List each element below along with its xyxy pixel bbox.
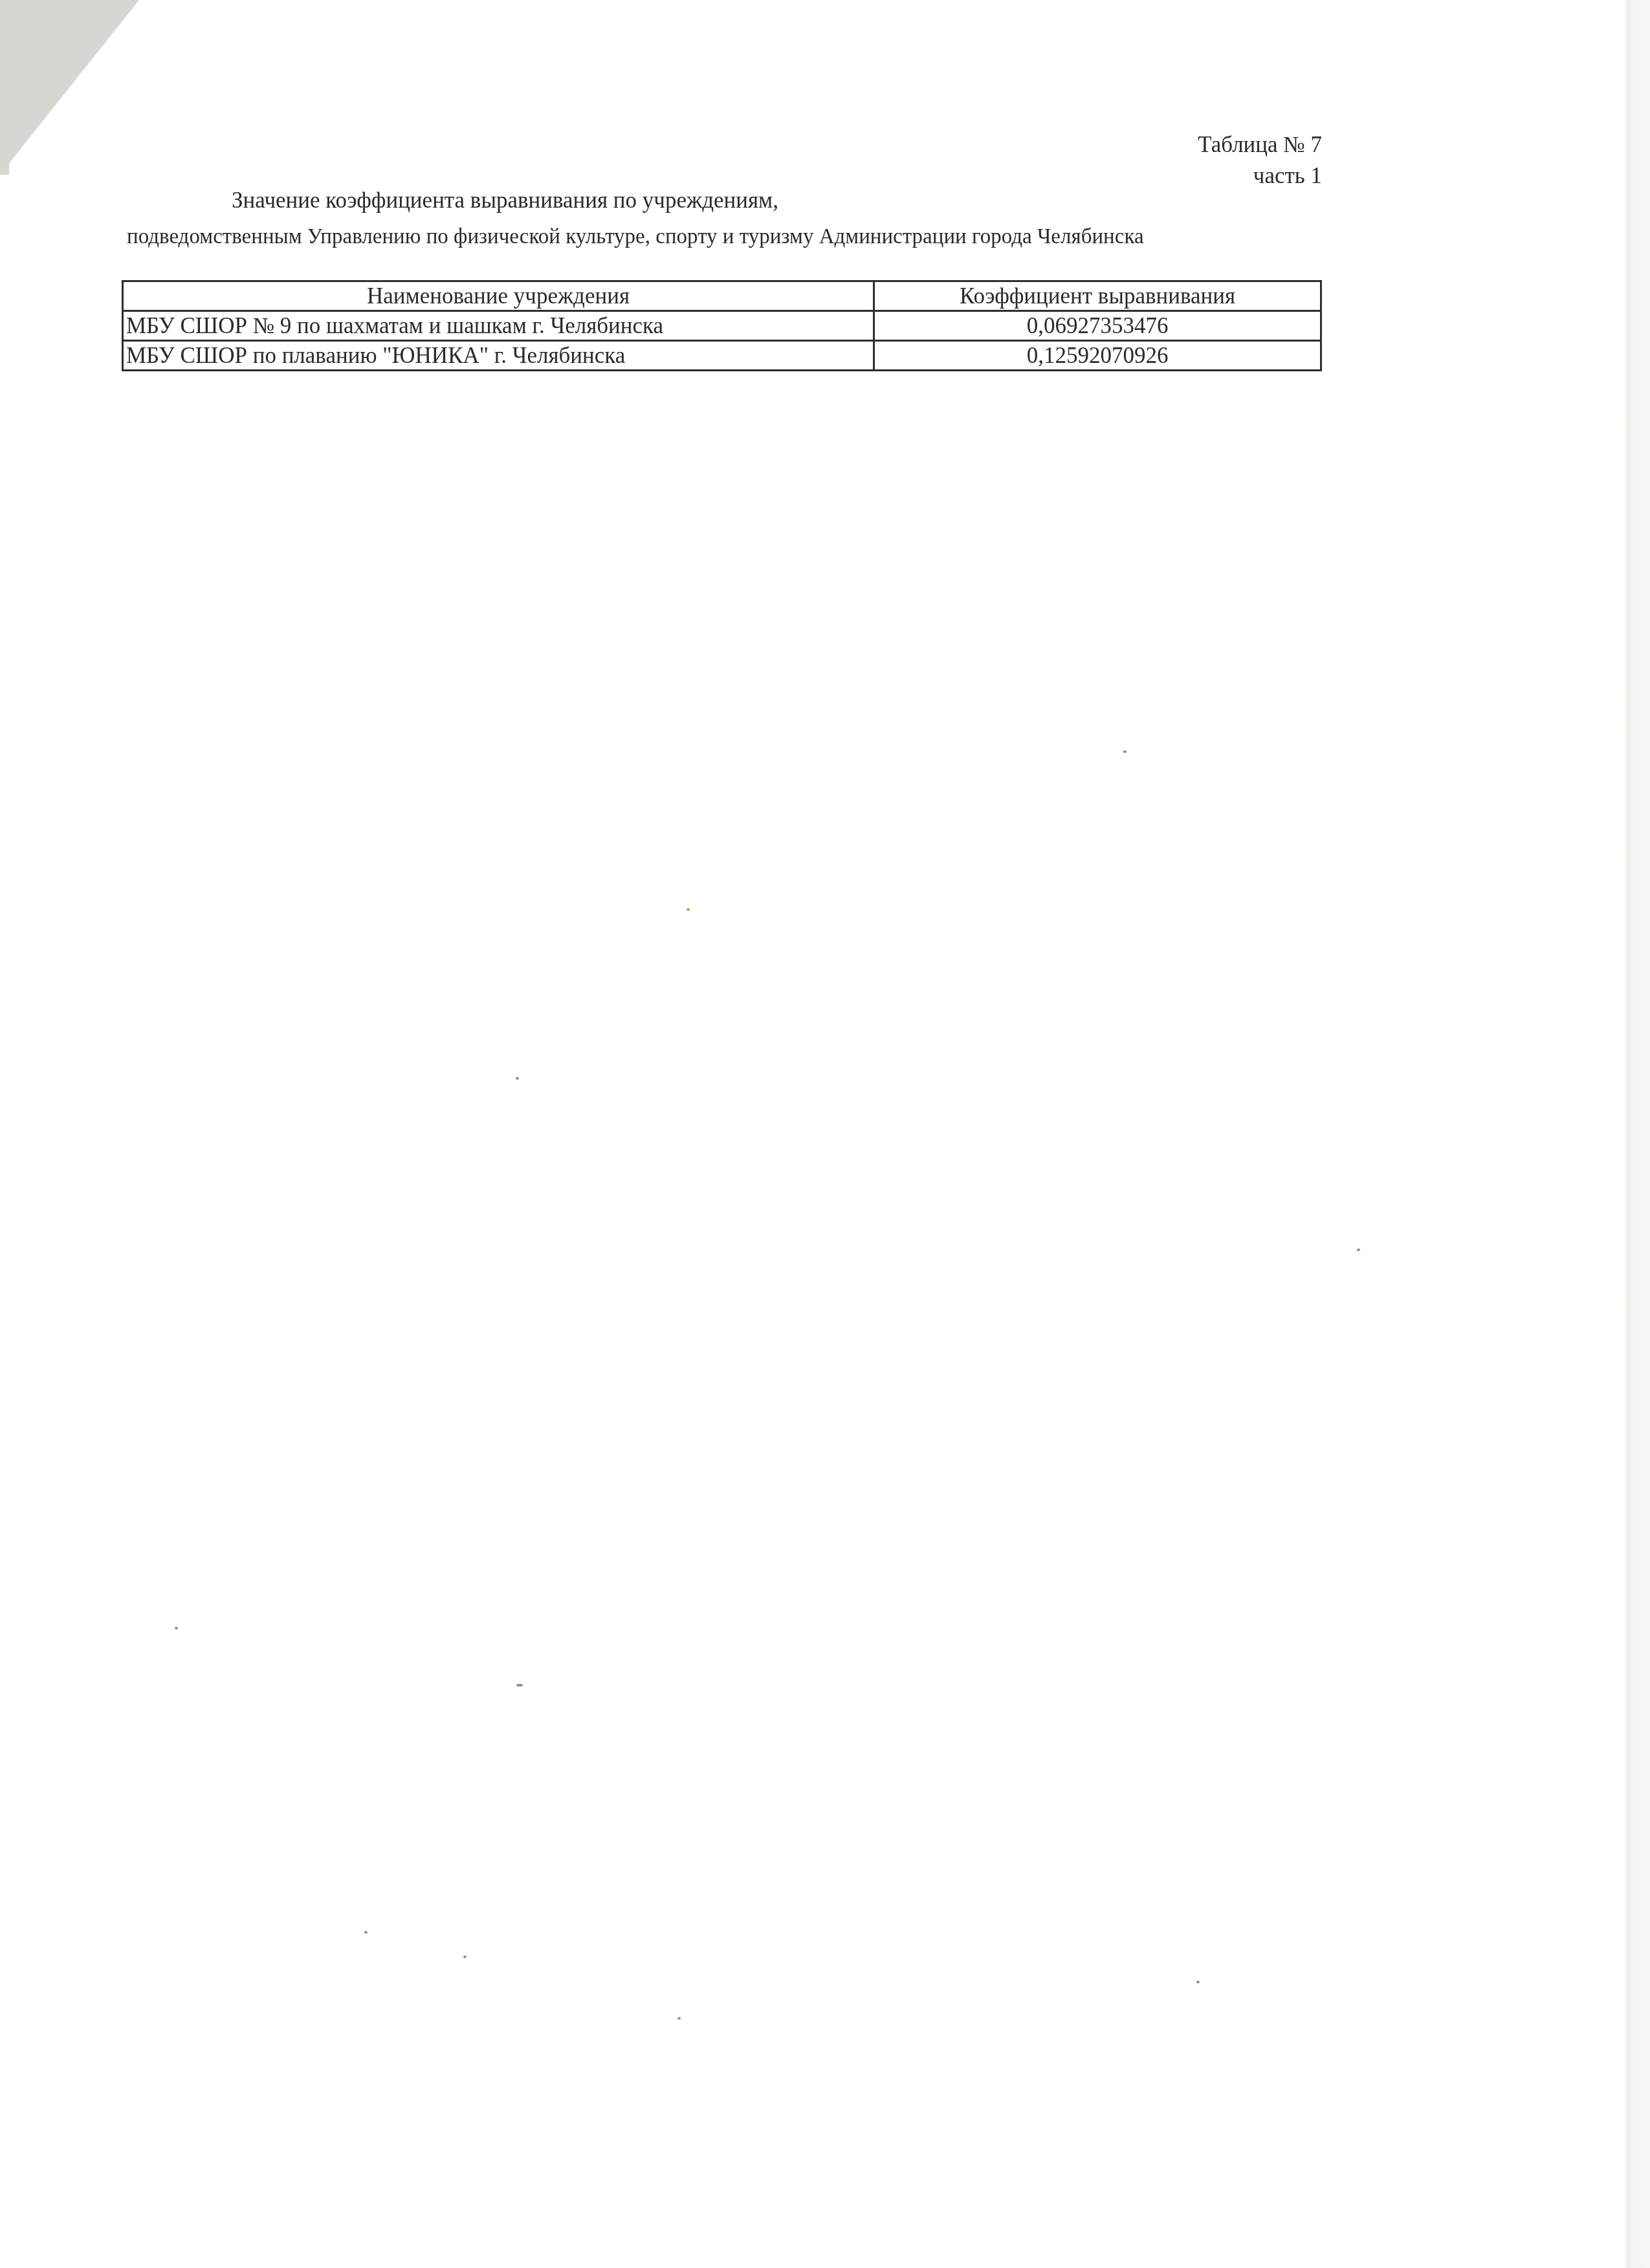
table-row: МБУ СШОР № 9 по шахматам и шашкам г. Чел… <box>123 311 1321 341</box>
table-number: Таблица № 7 <box>1198 129 1322 160</box>
document-subtitle: подведомственным Управлению по физическо… <box>127 223 1144 251</box>
scan-speck <box>677 2017 681 2020</box>
scan-speck <box>1357 1248 1360 1251</box>
table-row: МБУ СШОР по плаванию "ЮНИКА" г. Челябинс… <box>123 341 1321 371</box>
scan-right-edge <box>1624 0 1650 2268</box>
document-title: Значение коэффициента выравнивания по уч… <box>232 186 778 215</box>
coefficient-cell: 0,06927353476 <box>874 311 1321 341</box>
scan-speck <box>1196 1981 1200 1983</box>
table-header-row: Наименование учреждения Коэффициент выра… <box>123 281 1321 311</box>
scan-speck <box>516 1684 523 1686</box>
scan-speck <box>1123 750 1127 753</box>
scan-speck <box>175 1627 178 1630</box>
scan-speck <box>687 908 690 911</box>
column-header-institution: Наименование учреждения <box>123 281 874 311</box>
coefficient-table: Наименование учреждения Коэффициент выра… <box>122 280 1322 371</box>
table-label: Таблица № 7 часть 1 <box>1198 129 1322 191</box>
column-header-coefficient: Коэффициент выравнивания <box>874 281 1321 311</box>
scan-corner-fold <box>0 0 139 175</box>
coefficient-cell: 0,12592070926 <box>874 341 1321 371</box>
institution-name-cell: МБУ СШОР № 9 по шахматам и шашкам г. Чел… <box>123 311 874 341</box>
institution-name-cell: МБУ СШОР по плаванию "ЮНИКА" г. Челябинс… <box>123 341 874 371</box>
scan-speck <box>364 1931 368 1934</box>
scan-speck <box>516 1077 519 1080</box>
table-part: часть 1 <box>1198 160 1322 191</box>
scan-speck <box>463 1956 467 1958</box>
